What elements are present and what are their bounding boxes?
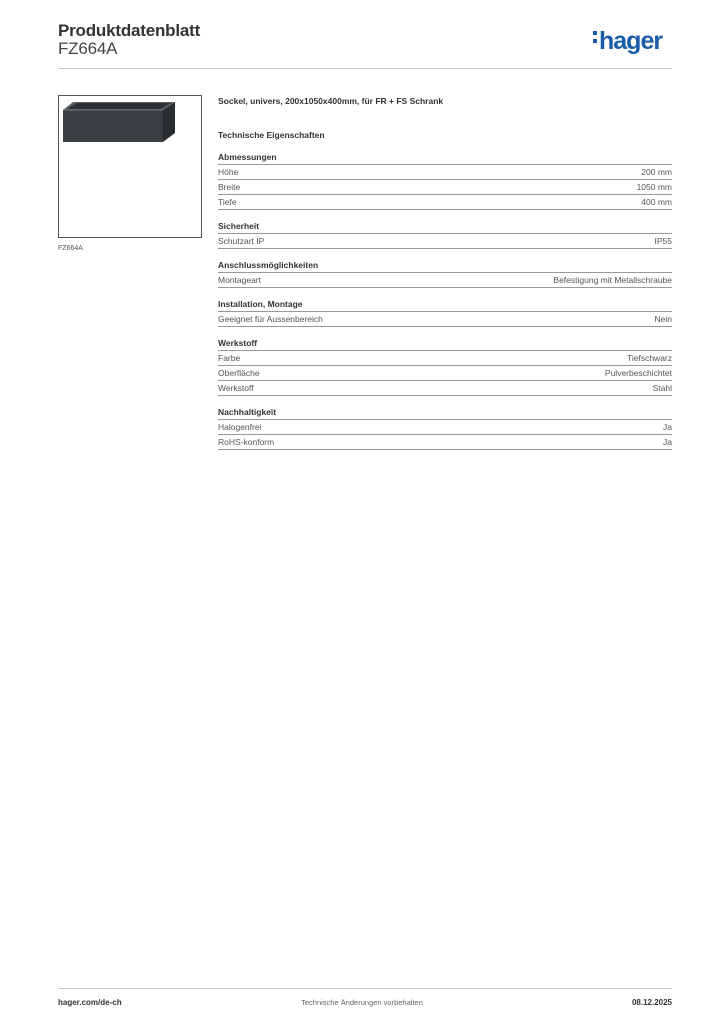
spec-row: FarbeTiefschwarz [218, 351, 672, 366]
spec-label: Höhe [218, 165, 238, 179]
spec-value: Nein [655, 312, 672, 326]
spec-row: Breite1050 mm [218, 180, 672, 195]
section-title: Sicherheit [218, 221, 672, 234]
spec-row: WerkstoffStahl [218, 381, 672, 396]
spec-row: HalogenfreiJa [218, 420, 672, 435]
spec-value: Ja [663, 420, 672, 434]
spec-label: Oberfläche [218, 366, 260, 380]
footer-date: 08.12.2025 [632, 998, 672, 1007]
spec-label: Tiefe [218, 195, 237, 209]
spec-section: NachhaltigkeitHalogenfreiJaRoHS-konformJ… [218, 407, 672, 450]
spec-value: IP55 [655, 234, 673, 248]
spec-label: Schutzart IP [218, 234, 264, 248]
spec-label: Montageart [218, 273, 261, 287]
brand-name: hager [599, 27, 662, 55]
page-title: Produktdatenblatt [58, 21, 200, 41]
section-title: Anschlussmöglichkeiten [218, 260, 672, 273]
logo-colon-icon [593, 27, 598, 47]
spec-label: Werkstoff [218, 381, 254, 395]
spec-label: RoHS-konform [218, 435, 274, 449]
spec-value: Pulverbeschichtet [605, 366, 672, 380]
plinth-icon [59, 96, 201, 237]
footer-divider [58, 988, 672, 989]
spec-section: Installation, MontageGeeignet für Aussen… [218, 299, 672, 327]
footer-notice: Technische Änderungen vorbehalten [0, 998, 724, 1007]
spec-row: OberflächePulverbeschichtet [218, 366, 672, 381]
spec-row: Schutzart IPIP55 [218, 234, 672, 249]
product-image [58, 95, 202, 238]
spec-value: Tiefschwarz [627, 351, 672, 365]
technical-properties-title: Technische Eigenschaften [218, 130, 672, 144]
section-title: Abmessungen [218, 152, 672, 165]
spec-section: SicherheitSchutzart IPIP55 [218, 221, 672, 249]
image-caption: FZ664A [58, 245, 83, 252]
product-description: Sockel, univers, 200x1050x400mm, für FR … [218, 96, 672, 110]
spec-section: AnschlussmöglichkeitenMontageartBefestig… [218, 260, 672, 288]
spec-row: Geeignet für AussenbereichNein [218, 312, 672, 327]
section-title: Werkstoff [218, 338, 672, 351]
spec-section: WerkstoffFarbeTiefschwarzOberflächePulve… [218, 338, 672, 396]
spec-row: RoHS-konformJa [218, 435, 672, 450]
brand-logo: hager [593, 27, 662, 55]
spec-label: Halogenfrei [218, 420, 261, 434]
spec-value: 200 mm [641, 165, 672, 179]
spec-value: 400 mm [641, 195, 672, 209]
spec-row: MontageartBefestigung mit Metallschraube [218, 273, 672, 288]
product-code: FZ664A [58, 39, 117, 59]
spec-row: Tiefe400 mm [218, 195, 672, 210]
section-title: Nachhaltigkeit [218, 407, 672, 420]
spec-value: 1050 mm [637, 180, 672, 194]
section-title: Installation, Montage [218, 299, 672, 312]
spec-content: Sockel, univers, 200x1050x400mm, für FR … [218, 96, 672, 450]
spec-value: Befestigung mit Metallschraube [553, 273, 672, 287]
spec-sections: AbmessungenHöhe200 mmBreite1050 mmTiefe4… [218, 152, 672, 450]
spec-section: AbmessungenHöhe200 mmBreite1050 mmTiefe4… [218, 152, 672, 210]
spec-label: Breite [218, 180, 240, 194]
spec-label: Farbe [218, 351, 240, 365]
spec-label: Geeignet für Aussenbereich [218, 312, 323, 326]
spec-row: Höhe200 mm [218, 165, 672, 180]
header-divider [58, 68, 672, 69]
spec-value: Stahl [653, 381, 672, 395]
spec-value: Ja [663, 435, 672, 449]
